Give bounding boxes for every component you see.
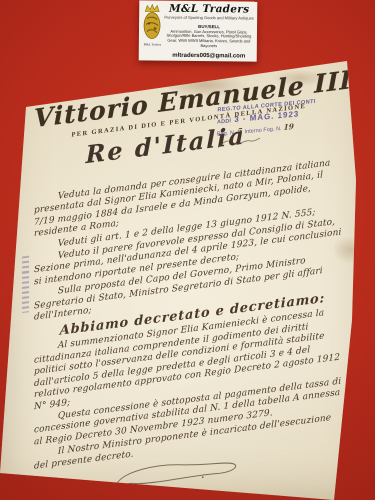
card-email: mltraders005@gmail.com — [164, 52, 254, 59]
document-body: Veduta la domanda per conseguire la citt… — [34, 157, 344, 473]
card-title: M&L Traders — [164, 3, 254, 16]
card-tagline: Purveyors of Sporting Goods and Military… — [164, 16, 254, 22]
card-logo-column: M&L Traders — [141, 2, 165, 59]
fog-number-label: Interno Fog. N. — [244, 126, 281, 135]
card-services: Ammunition, Gun Accessories, Pistol Grip… — [164, 29, 254, 49]
reg-number-value: 5 — [235, 126, 244, 136]
card-logo-caption: M&L Traders — [141, 42, 164, 46]
card-text-column: M&L Traders Purveyors of Sporting Goods … — [164, 3, 255, 61]
trader-card: M&L Traders M&L Traders Purveyors of Spo… — [139, 0, 258, 61]
crown-crest-icon — [141, 2, 163, 42]
decree-content: 913 Vittorio Emanuele III PER GRAZIA DI … — [34, 66, 344, 500]
fog-number-value: 19 — [281, 122, 296, 132]
clerk-squiggle-icon — [216, 135, 262, 151]
corte-conti-stamp: REG.TO ALLA CORTE DEI CONTI ADDÌ3 - MAG.… — [216, 96, 349, 156]
vertical-edge-stamp-icon — [22, 256, 29, 313]
date-stamp-label: ADDÌ — [217, 118, 231, 125]
